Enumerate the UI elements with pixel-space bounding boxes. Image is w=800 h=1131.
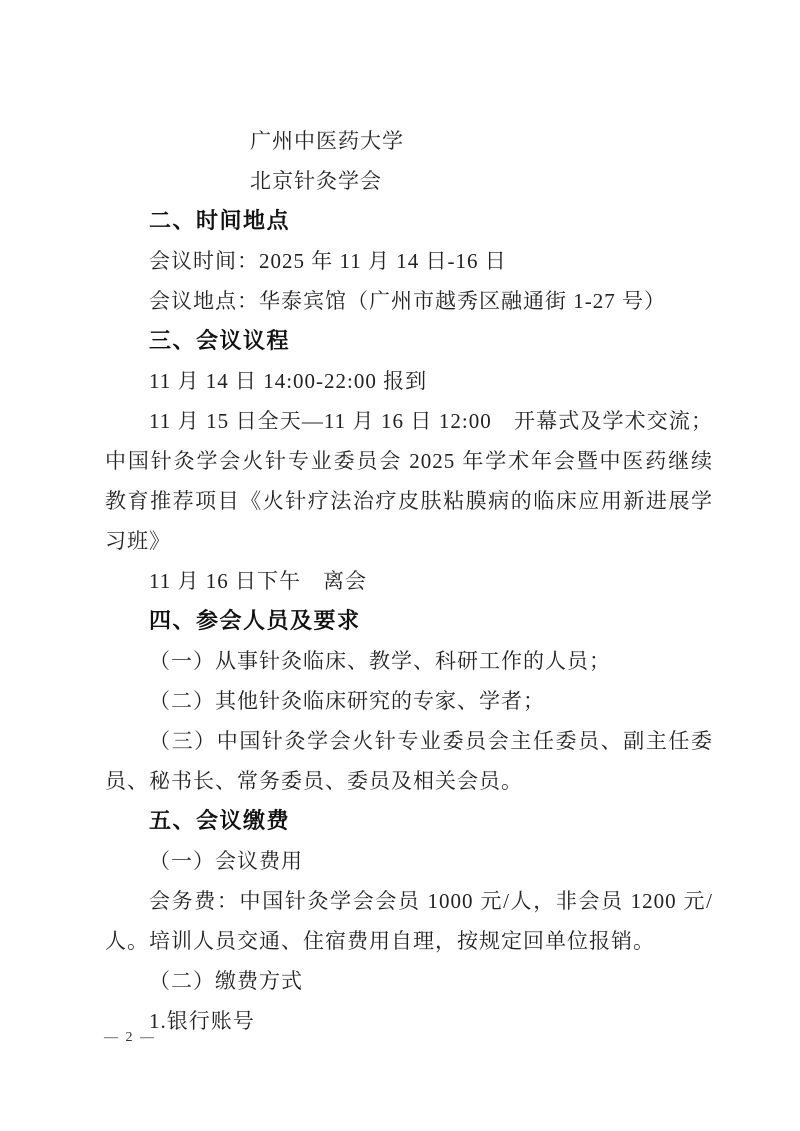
participants-item-3: （三）中国针灸学会火针专业委员会主任委员、副主任委员、秘书长、常务委员、委员及相… [105, 721, 713, 801]
section-heading-participants: 四、参会人员及要求 [105, 601, 713, 641]
fee-subheading: （一）会议费用 [105, 841, 713, 881]
payment-method-subheading: （二）缴费方式 [105, 961, 713, 1001]
section-heading-time-place: 二、时间地点 [105, 201, 713, 241]
meeting-place-line: 会议地点：华泰宾馆（广州市越秀区融通街 1-27 号） [105, 281, 713, 321]
document-body: 广州中医药大学 北京针灸学会 二、时间地点 会议时间：2025 年 11 月 1… [105, 121, 713, 1041]
agenda-item-main-sessions: 11 月 15 日全天—11 月 16 日 12:00 开幕式及学术交流；中国针… [105, 401, 713, 561]
organizer-line: 广州中医药大学 [105, 121, 713, 161]
participants-item-1: （一）从事针灸临床、教学、科研工作的人员； [105, 641, 713, 681]
document-page: 广州中医药大学 北京针灸学会 二、时间地点 会议时间：2025 年 11 月 1… [0, 0, 800, 1131]
bank-account-line: 1.银行账号 [105, 1001, 713, 1041]
section-heading-agenda: 三、会议议程 [105, 321, 713, 361]
organizer-line: 北京针灸学会 [105, 161, 713, 201]
agenda-item-departure: 11 月 16 日下午 离会 [105, 561, 713, 601]
meeting-time-line: 会议时间：2025 年 11 月 14 日-16 日 [105, 241, 713, 281]
page-number: — 2 — [104, 1030, 156, 1046]
participants-item-2: （二）其他针灸临床研究的专家、学者； [105, 681, 713, 721]
agenda-item-registration: 11 月 14 日 14:00-22:00 报到 [105, 361, 713, 401]
fee-detail: 会务费：中国针灸学会会员 1000 元/人，非会员 1200 元/人。培训人员交… [105, 881, 713, 961]
section-heading-fees: 五、会议缴费 [105, 801, 713, 841]
